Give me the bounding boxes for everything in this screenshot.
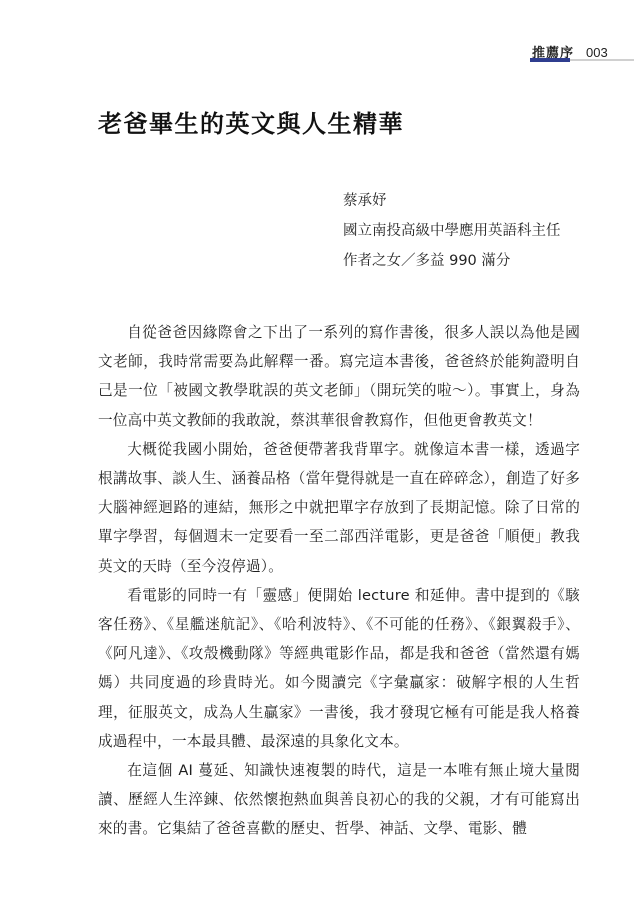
header-rule-accent <box>530 58 570 62</box>
paragraph: 看電影的同時一有「靈感」便開始 lecture 和延伸。書中提到的《駭客任務》、… <box>98 581 580 756</box>
body-text: 自從爸爸因緣際會之下出了一系列的寫作書後，很多人誤以為他是國文老師，我時常需要為… <box>98 318 580 844</box>
paragraph: 大概從我國小開始，爸爸便帶著我背單字。就像這本書一樣，透過字根講故事、談人生、涵… <box>98 435 580 581</box>
chapter-title: 老爸畢生的英文與人生精華 <box>98 104 404 139</box>
paragraph: 在這個 AI 蔓延、知識快速複製的時代，這是一本唯有無止境大量閱讀、歷經人生淬鍊… <box>98 756 580 844</box>
author-name: 蔡承妤 <box>343 186 561 216</box>
byline: 蔡承妤 國立南投高級中學應用英語科主任 作者之女／多益 990 滿分 <box>343 186 561 276</box>
page-number: 003 <box>586 45 608 60</box>
author-description: 作者之女／多益 990 滿分 <box>343 246 561 276</box>
paragraph: 自從爸爸因緣際會之下出了一系列的寫作書後，很多人誤以為他是國文老師，我時常需要為… <box>98 318 580 435</box>
author-affiliation: 國立南投高級中學應用英語科主任 <box>343 216 561 246</box>
